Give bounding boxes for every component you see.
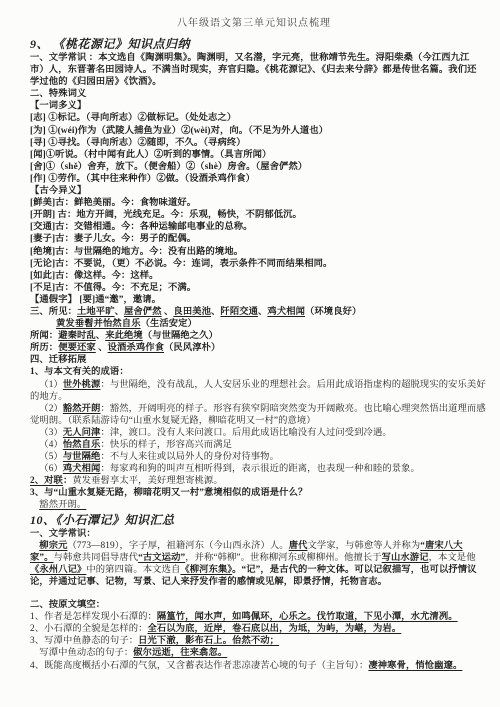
- text-line: 所闻：避秦时乱、来此绝境（与世隔绝之久）: [30, 330, 478, 342]
- text-segment: 市）人，东晋著名田园诗人。不满当时现实，弃官归隐。《桃花源记》、《归去来兮辞》都…: [30, 65, 477, 75]
- text-segment: 、: [115, 307, 124, 317]
- text-segment: （1）: [39, 380, 63, 390]
- page-header: 八年级语文第三单元知识点梳理: [30, 14, 478, 29]
- key-term-text: 鸡犬相闻: [63, 464, 101, 474]
- text-segment: 论，并通过记事、记物，写景、记人来抒发作者的感情或见解，即景抒情，托物言志。: [30, 577, 387, 587]
- text-line: 所历：便要还家 、设酒杀鸡作食（民风淳朴）: [30, 342, 478, 354]
- text-segment: 写潭中鱼动态的句子：: [39, 648, 133, 658]
- text-segment: 4、既能高度概括小石潭的气氛，又含蓄表达作者悲凉凄苦心境的句子（主旨句）：: [30, 661, 368, 671]
- text-line: 论，并通过记事、记物，写景、记人来抒发作者的感情或见解，即景抒情，托物言志。: [30, 576, 478, 588]
- text-line: [无论]古：不要说，（更）不必说。今：连词，表示条件不同而结果相同。: [30, 258, 478, 270]
- text-line: [妻子]古：妻子儿女。今：男子的配偶。: [30, 233, 478, 245]
- key-term-text: 俶尔远逝，往来翕忽。: [133, 648, 227, 658]
- text-segment: （2）: [39, 404, 63, 414]
- text-line: 三、所见：土地平旷、屋舍俨然 、良田美池、阡陌交通、鸡犬相闻（环境良好）: [30, 306, 478, 318]
- text-segment: 所历：: [30, 343, 58, 353]
- text-line: （4）怡然自乐：快乐的样子，形容高兴而满足: [30, 439, 478, 451]
- text-segment: ：不与人来往或以局外人的身份对待事物。: [100, 452, 279, 462]
- text-segment: 【古今异义】: [30, 186, 86, 196]
- key-term-text: 阡陌交通: [220, 307, 258, 317]
- key-term-text: 屋舍俨然: [124, 307, 162, 317]
- text-line: [闻]①听说。（村中闻有此人）②听到的事情。（具言所闻）: [30, 149, 478, 161]
- key-term-text: 豁然开朗。: [39, 500, 86, 510]
- text-line: 二、特殊词义: [30, 88, 478, 100]
- text-segment: （3）: [39, 428, 63, 438]
- key-term-text: 《柳河东集》: [180, 565, 232, 575]
- key-term-text: 豁然开朗: [63, 404, 101, 414]
- text-segment: [闻]①听说。（村中闻有此人）②听到的事情。（具言所闻）: [30, 150, 271, 160]
- key-term-text: “古文运动”: [138, 553, 185, 563]
- text-segment: （生活安定）: [141, 319, 197, 329]
- text-segment: 、: [96, 343, 108, 353]
- text-segment: [作] ①劳作。（其中往来种作）②做。（设酒杀鸡作食）: [30, 174, 255, 184]
- text-line: （1）世外桃源：与世隔绝，没有战乱，人人安居乐业的理想社会。后用此成语指虚构的超…: [30, 379, 478, 391]
- text-line: 市）人，东晋著名田园诗人。不满当时现实，弃官归隐。《桃花源记》、《归去来兮辞》都…: [30, 64, 478, 76]
- text-segment: （773—819），字子厚，祖籍河东（今山西永济）人。: [68, 541, 289, 551]
- key-term-text: 鸡犬相闻: [267, 307, 305, 317]
- key-term-text: 土地平旷: [77, 307, 115, 317]
- section-heading: 10、《小石潭记》知识汇总: [30, 512, 478, 528]
- text-segment: [鲜美]古：鲜艳美丽。今：食物味道好。: [30, 198, 196, 208]
- text-segment: ，并称“韩柳”。世称柳河东或柳柳州。他擅长于: [185, 553, 381, 563]
- text-segment: ：豁然，开阔明亮的样子。形容有狭窄阴暗突然变为开阔敞亮。也比喻心理突然悟出道理而…: [100, 404, 485, 414]
- text-segment: 10、《小石潭记》知识汇总: [30, 513, 175, 527]
- key-term-text: 隔篁竹，闻水声，如鸣佩环，心乐之。伐竹取道，下见小潭，水尤清冽。: [157, 612, 458, 622]
- text-line: 四、迁移拓展: [30, 354, 478, 366]
- key-term-text: 全石以为底，近岸，卷石底以出，为坻，为屿，为嵁，为岩。: [148, 624, 402, 634]
- text-line: 写潭中鱼动态的句子：俶尔远逝，往来翕忽。: [30, 647, 478, 659]
- key-term-text: 写山水游记: [382, 553, 429, 563]
- text-segment: [交通]古：交错相通。今：各种运输邮电事业的总称。: [30, 222, 253, 232]
- text-segment: [妻子]古：妻子儿女。今：男子的配偶。: [30, 234, 196, 244]
- blank-line: [30, 588, 478, 599]
- key-term-text: 怡然自乐: [63, 440, 101, 450]
- text-segment: ：与世隔绝，没有战乱，人人安居乐业的理想社会。后用此成语指虚构的超脱现实的安乐美…: [100, 380, 485, 390]
- text-segment: 1、与本文有关的成语：: [30, 367, 129, 377]
- key-term-text: 日光下澈，影布石上。佁然不动；: [138, 636, 279, 646]
- key-term-text: 柳宗元: [39, 541, 67, 551]
- text-line: 【古今异义】: [30, 185, 478, 197]
- text-segment: 所闻：: [30, 331, 58, 341]
- text-line: 二、按原文填空：: [30, 599, 478, 611]
- text-segment: （5）: [39, 452, 63, 462]
- key-term-text: 与世隔绝: [63, 452, 101, 462]
- text-segment: 、: [96, 331, 105, 341]
- text-segment: 二、按原文填空：: [30, 600, 105, 610]
- text-segment: 四、迁移拓展: [30, 355, 86, 365]
- text-segment: 、: [211, 307, 220, 317]
- text-segment: [为] ①(wéi)作为（武陵人捕鱼为业）②(wèi)对，向。（不足为外人道也）: [30, 126, 328, 136]
- text-line: 3、写潭中鱼静态的句子：日光下澈，影布石上。佁然不动；: [30, 635, 478, 647]
- text-line: 【通假字】 [要]通“邀”，邀请。: [30, 294, 478, 306]
- text-segment: 3、与“山重水复疑无路，柳暗花明又一村”意境相似的成语是什么？: [30, 488, 307, 498]
- text-segment: 的地方。: [30, 392, 68, 402]
- key-term-text: 设酒杀鸡作食: [108, 343, 164, 353]
- text-line: 的地方。: [30, 391, 478, 403]
- text-line: [志] ①标记。（寻向所志）②做标记。（处处志之）: [30, 112, 478, 124]
- document-page: 八年级语文第三单元知识点梳理 9、 《桃花源记》知识点归纳一、文学常识 ：本文选…: [0, 0, 500, 707]
- text-segment: [不足]古：不值得。今：不充足；不满。: [30, 283, 196, 293]
- text-segment: [绝境]古：与世隔绝的地方。今：没有出路的境地。: [30, 247, 243, 257]
- text-segment: 一、文学常识：: [30, 529, 96, 539]
- text-segment: 。“记”，是古代的一种文体。可以记叙描写，也可以抒情议: [232, 565, 476, 575]
- text-line: 【一词多义】: [30, 100, 478, 112]
- key-term-text: 唐代: [289, 541, 308, 551]
- text-segment: ，本文是他: [429, 553, 476, 563]
- key-term-text: 来此绝境: [105, 331, 143, 341]
- text-segment: [寻] ①寻找。（寻向所志）②随即，不久。（寻病终）: [30, 138, 246, 148]
- text-segment: （环境良好）: [305, 307, 361, 317]
- text-segment: 中的第四篇。本文选自: [86, 565, 180, 575]
- text-line: （3）无人问津：津，渡口。没有人来问渡口。后用此成语比喻没有人过问受到冷遇。: [30, 427, 478, 439]
- key-term-text: 2、对联: [30, 476, 63, 486]
- text-segment: （6）: [39, 464, 63, 474]
- text-line: [不足]古：不值得。今：不充足；不满。: [30, 282, 478, 294]
- document-body: 9、 《桃花源记》知识点归纳一、文学常识 ：本文选自《陶渊明集》。陶渊明，又名潜…: [30, 36, 478, 672]
- text-line: 3、与“山重水复疑无路，柳暗花明又一村”意境相似的成语是什么？: [30, 487, 478, 499]
- text-segment: ：快乐的样子，形容高兴而满足: [100, 440, 232, 450]
- text-line: [开朗] 古：地方开阔，光线充足。今：乐观，畅快，不阴郁低沉。: [30, 209, 478, 221]
- text-line: 《永州八记》中的第四篇。本文选自《柳河东集》。“记”，是古代的一种文体。可以记叙…: [30, 564, 478, 576]
- text-segment: 黄发垂髫享太平，美好理想寄桃源。: [72, 476, 222, 486]
- text-line: 4、既能高度概括小石潭的气氛，又含蓄表达作者悲凉凄苦心境的句子（主旨句）：凄神寒…: [30, 660, 478, 672]
- text-segment: 二、特殊词义: [30, 89, 86, 99]
- text-line: [舍]①（shě）舍弃，放下。（便舍船）②（shè）房舍。（屋舍俨然）: [30, 161, 478, 173]
- text-segment: 与韩愈共同倡导唐代: [54, 553, 139, 563]
- text-line: 家”。与韩愈共同倡导唐代“古文运动”，并称“韩柳”。世称柳河东或柳柳州。他擅长于…: [30, 552, 478, 564]
- text-segment: 文学家，与韩愈等人并称为: [307, 541, 420, 551]
- text-line: （5）与世隔绝：不与人来往或以局外人的身份对待事物。: [30, 451, 478, 463]
- text-line: 黄发垂髫并怡然自乐（生活安定）: [30, 318, 478, 330]
- text-segment: 觉明朗。（联系陆游诗句“山重水复疑无路，柳暗花明又一村”的意境）: [30, 416, 316, 426]
- text-line: 一、文学常识：: [30, 528, 478, 540]
- text-segment: （4）: [39, 440, 63, 450]
- key-term-text: 世外桃源: [63, 380, 101, 390]
- text-segment: 三、所见：: [30, 307, 77, 317]
- text-line: 一、文学常识 ：本文选自《陶渊明集》。陶渊明，又名潜，字元亮，世称靖节先生。浔阳…: [30, 52, 478, 64]
- key-term-text: 良田美池: [173, 307, 211, 317]
- text-line: [交通]古：交错相通。今：各种运输邮电事业的总称。: [30, 221, 478, 233]
- text-segment: 、: [162, 307, 174, 317]
- text-segment: 3、写潭中鱼静态的句子：: [30, 636, 138, 646]
- text-segment: 2、小石潭的全貌是怎样的：: [30, 624, 148, 634]
- key-term-text: 便要还家: [58, 343, 96, 353]
- text-segment: 9、 《桃花源记》知识点归纳: [30, 37, 190, 51]
- text-line: 豁然开朗。: [30, 499, 478, 511]
- key-term-text: 无人问津: [63, 428, 101, 438]
- text-line: 1、与本文有关的成语：: [30, 366, 478, 378]
- text-line: [为] ①(wéi)作为（武陵人捕鱼为业）②(wèi)对，向。（不足为外人道也）: [30, 125, 478, 137]
- text-segment: [无论]古：不要说，（更）不必说。今：连词，表示条件不同而结果相同。: [30, 259, 332, 269]
- text-line: 柳宗元（773—819），字子厚，祖籍河东（今山西永济）人。唐代文学家，与韩愈等…: [30, 540, 478, 552]
- text-line: [如此]古：像这样。今：这样。: [30, 270, 478, 282]
- text-segment: [舍]①（shě）舍弃，放下。（便舍船）②（shè）房舍。（屋舍俨然）: [30, 162, 307, 172]
- text-segment: 、: [258, 307, 267, 317]
- key-term-text: 避秦时乱: [58, 331, 96, 341]
- text-line: [绝境]古：与世隔绝的地方。今：没有出路的境地。: [30, 246, 478, 258]
- text-line: 学过他的《归园田居》《饮酒》。: [30, 76, 478, 88]
- text-segment: 一、文学常识 ：本文选自《陶渊明集》。陶渊明，又名潜，字元亮，世称靖节先生。浔阳…: [30, 53, 469, 63]
- key-term-text: 《永州八记》: [30, 565, 86, 575]
- text-segment: ：每家鸡和狗的叫声互相听得到，表示很近的距离，也表现一种和睦的景象。: [100, 464, 420, 474]
- text-segment: 【通假字】 [要]通“邀”，邀请。: [30, 295, 161, 305]
- text-segment: 【一词多义】: [30, 101, 86, 111]
- text-segment: [志] ①标记。（寻向所志）②做标记。（处处志之）: [30, 113, 236, 123]
- text-segment: （与世隔绝之久）: [143, 331, 218, 341]
- key-term-text: 凄神寒骨，悄怆幽邃。: [368, 661, 462, 671]
- text-line: [寻] ①寻找。（寻向所志）②随即，不久。（寻病终）: [30, 137, 478, 149]
- text-line: 2、小石潭的全貌是怎样的：全石以为底，近岸，卷石底以出，为坻，为屿，为嵁，为岩。: [30, 623, 478, 635]
- text-line: [鲜美]古：鲜艳美丽。今：食物味道好。: [30, 197, 478, 209]
- text-segment: ：津，渡口。没有人来问渡口。后用此成语比喻没有人过问受到冷遇。: [100, 428, 391, 438]
- text-line: （6）鸡犬相闻：每家鸡和狗的叫声互相听得到，表示很近的距离，也表现一种和睦的景象…: [30, 463, 478, 475]
- text-segment: 1、作者是怎样发现小石潭的：: [30, 612, 157, 622]
- text-segment: [开朗] 古：地方开阔，光线充足。今：乐观，畅快，不阴郁低沉。: [30, 210, 302, 220]
- key-term-text: 家”。: [30, 553, 54, 563]
- text-segment: （民风淳朴）: [164, 343, 220, 353]
- key-term-text: “唐宋八大: [420, 541, 462, 551]
- text-segment: 学过他的《归园田居》《饮酒》。: [30, 77, 162, 87]
- text-line: [作] ①劳作。（其中往来种作）②做。（设酒杀鸡作食）: [30, 173, 478, 185]
- text-line: （2）豁然开朗：豁然，开阔明亮的样子。形容有狭窄阴暗突然变为开阔敞亮。也比喻心理…: [30, 403, 478, 415]
- section-heading: 9、 《桃花源记》知识点归纳: [30, 36, 478, 52]
- text-line: 觉明朗。（联系陆游诗句“山重水复疑无路，柳暗花明又一村”的意境）: [30, 415, 478, 427]
- text-segment: [如此]古：像这样。今：这样。: [30, 271, 159, 281]
- text-line: 2、对联：黄发垂髫享太平，美好理想寄桃源。: [30, 475, 478, 487]
- text-line: 1、作者是怎样发现小石潭的：隔篁竹，闻水声，如鸣佩环，心乐之。伐竹取道，下见小潭…: [30, 611, 478, 623]
- text-segment: ：: [63, 476, 72, 486]
- key-term-text: 黄发垂髫并怡然自乐: [56, 319, 141, 329]
